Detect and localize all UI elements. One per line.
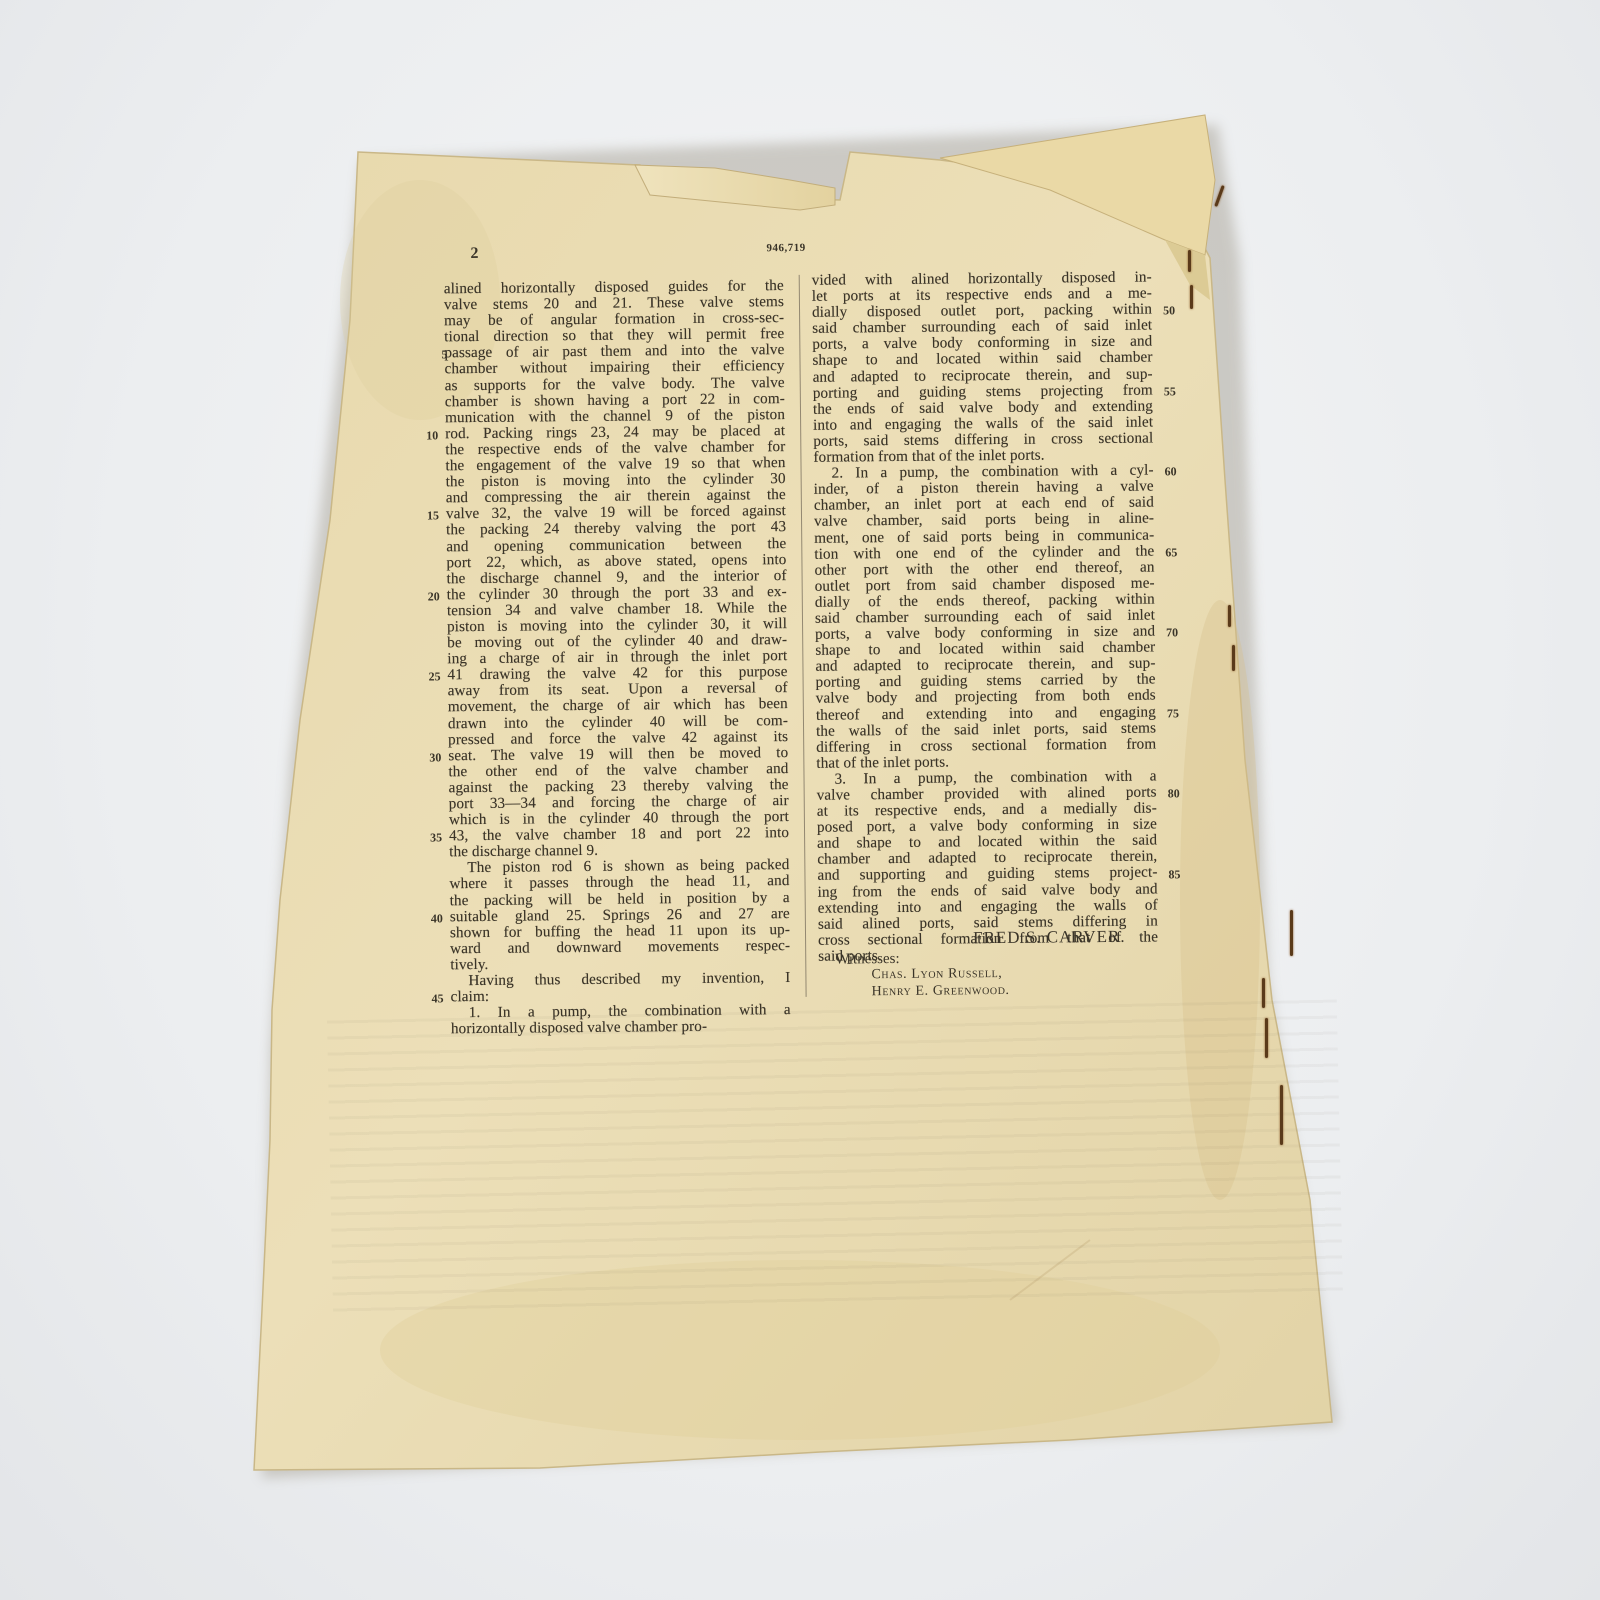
right-column: vided with alined horizontally disposed …: [812, 270, 1159, 965]
witnesses-label: Witnesses:: [835, 951, 900, 969]
line-number: 45: [432, 992, 444, 1007]
text-line: Having thus described my invention, I: [450, 970, 790, 989]
witness-name: Chas. Lyon Russell,: [871, 966, 1002, 983]
line-number: 55: [1164, 384, 1176, 399]
line-number: 5: [441, 348, 447, 363]
line-number: 85: [1168, 867, 1180, 882]
line-number: 75: [1167, 706, 1179, 721]
text-line: ward and downward movements respec-: [450, 938, 790, 957]
patent-number: 946,719: [766, 242, 805, 254]
text-line: horizontally disposed valve chamber pro-: [451, 1018, 791, 1037]
line-number: 30: [429, 750, 441, 765]
left-column: alined horizontally disposed guides for …: [444, 278, 791, 1038]
line-number: 25: [428, 670, 440, 685]
line-number: 65: [1165, 545, 1177, 560]
line-number: 20: [428, 589, 440, 604]
photo-scene: 2 946,719 alined horizontally disposed g…: [0, 0, 1600, 1600]
printed-text-block: 2 946,719 alined horizontally disposed g…: [0, 0, 1600, 1600]
line-number: 35: [430, 831, 442, 846]
line-number: 60: [1165, 464, 1177, 479]
column-divider: [799, 275, 807, 997]
witness-name: Henry E. Greenwood.: [872, 983, 1010, 1000]
line-number: 70: [1166, 625, 1178, 640]
line-number: 40: [431, 911, 443, 926]
inventor-signature: FRED S. CARVER.: [973, 927, 1126, 948]
text-line: differing in cross sectional formation f…: [816, 736, 1156, 755]
line-number: 10: [426, 428, 438, 443]
line-number: 80: [1168, 786, 1180, 801]
line-number: 50: [1163, 303, 1175, 318]
line-number: 15: [427, 509, 439, 524]
page-number: 2: [470, 245, 478, 263]
